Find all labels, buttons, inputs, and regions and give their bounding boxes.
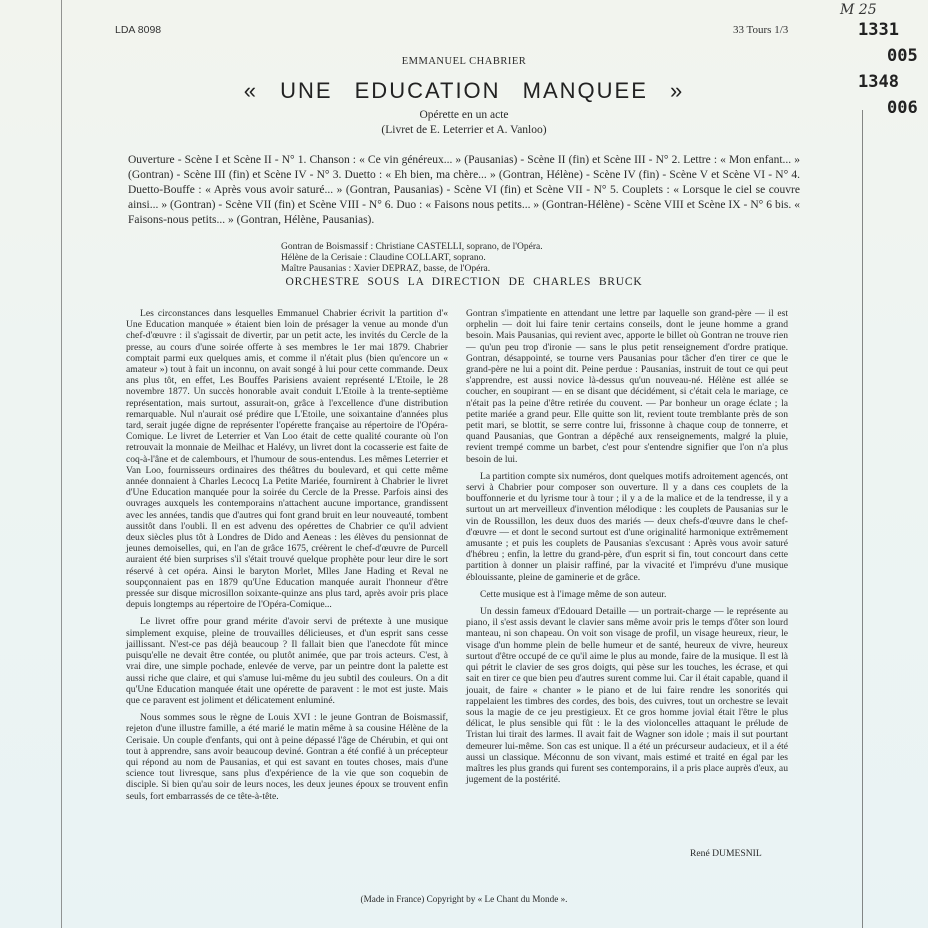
record-sleeve-back: LDA 8098 33 Tours 1/3 M 25 1331 005 1348… (0, 0, 928, 928)
author-signature: René DUMESNIL (690, 848, 762, 859)
work-subtitle: Opérette en un acte (Livret de E. Leterr… (0, 108, 928, 138)
cast-list: Gontran de Boismassif : Christiane CASTE… (281, 242, 661, 275)
cast-member: Hélène de la Cerisaie : Claudine COLLART… (281, 253, 661, 264)
paragraph: Un dessin fameux d'Edouard Detaille — un… (466, 606, 788, 785)
handwritten-note: M 25 (840, 2, 877, 18)
paragraph: Le livret offre pour grand mérite d'avoi… (126, 616, 448, 706)
liner-notes-left-column: Les circonstances dans lesquelles Emmanu… (126, 308, 448, 808)
orchestra-credit: ORCHESTRE SOUS LA DIRECTION DE CHARLES B… (0, 276, 928, 288)
cast-member: Gontran de Boismassif : Christiane CASTE… (281, 242, 661, 253)
librettists-line: (Livret de E. Leterrier et A. Vanloo) (0, 123, 928, 138)
sleeve-fold-line-right (862, 110, 863, 928)
genre-line: Opérette en un acte (0, 108, 928, 123)
catalog-number: LDA 8098 (115, 24, 161, 36)
paragraph: Nous sommes sous le règne de Louis XVI :… (126, 712, 448, 802)
track-list: Ouverture - Scène I et Scène II - N° 1. … (128, 153, 800, 228)
paragraph: Gontran s'impatiente en attendant une le… (466, 308, 788, 465)
composer-name: EMMANUEL CHABRIER (0, 56, 928, 67)
liner-notes-right-column: Gontran s'impatiente en attendant une le… (466, 308, 788, 791)
cast-member: Maître Pausanias : Xavier DEPRAZ, basse,… (281, 264, 661, 275)
copyright-footer: (Made in France) Copyright by « Le Chant… (0, 894, 928, 904)
paragraph: Cette musique est à l'image même de son … (466, 589, 788, 600)
stamp-number: 1331 (858, 20, 899, 40)
paragraph: Les circonstances dans lesquelles Emmanu… (126, 308, 448, 610)
work-title: « UNE EDUCATION MANQUEE » (0, 78, 928, 104)
record-speed: 33 Tours 1/3 (733, 24, 788, 36)
sleeve-fold-line-left (61, 0, 62, 928)
paragraph: La partition compte six numéros, dont qu… (466, 471, 788, 583)
